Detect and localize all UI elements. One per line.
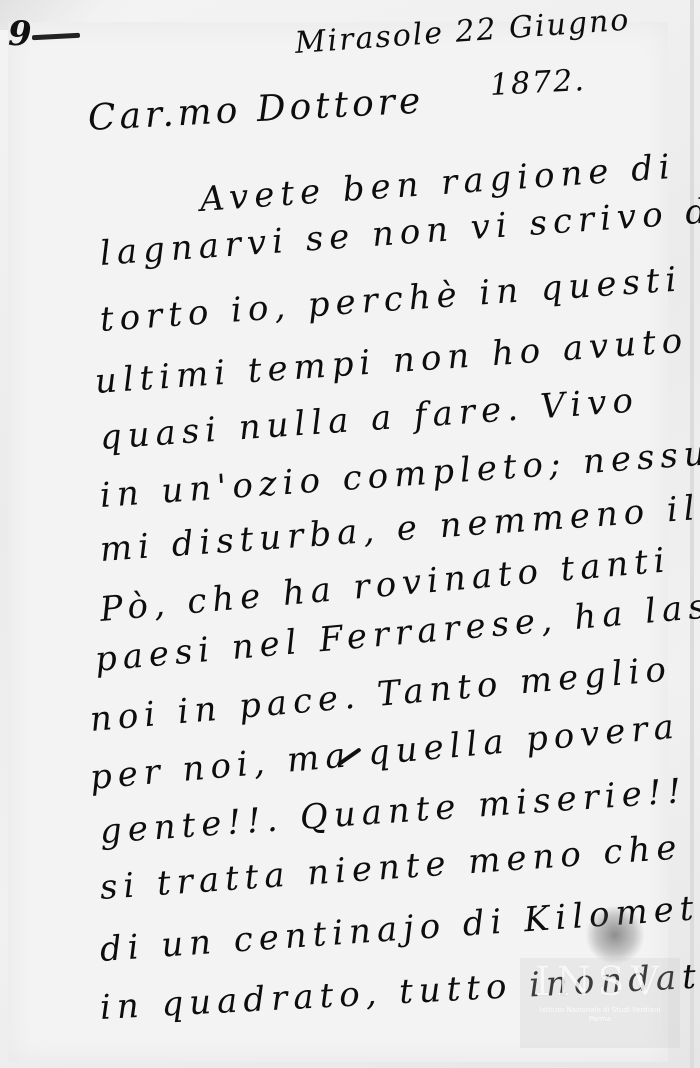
ink-stain <box>585 905 645 965</box>
watermark-logo: INSV <box>520 958 680 1006</box>
watermark-caption-city: Parma <box>520 1015 680 1024</box>
page-number: 9 <box>8 14 32 54</box>
watermark-caption: Istituto Nazionale di Studi Verdiani <box>520 1006 680 1015</box>
letter-year: 1872. <box>489 63 587 103</box>
archive-watermark: INSV Istituto Nazionale di Studi Verdian… <box>520 958 680 1048</box>
